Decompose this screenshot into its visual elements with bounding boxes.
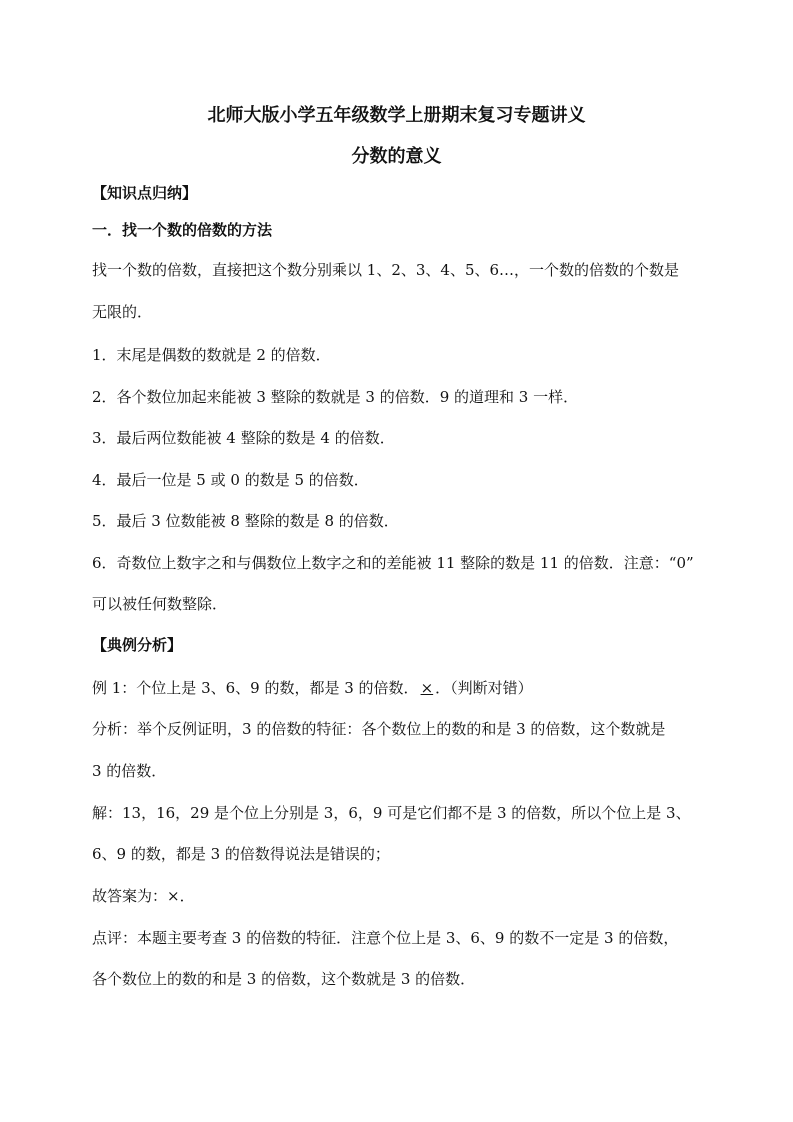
example-question-text: 例 1：个位上是 3、6、9 的数，都是 3 的倍数． xyxy=(92,679,419,697)
rule-item: 6．奇数位上数字之和与偶数位上数字之和的差能被 11 整除的数是 11 的倍数．… xyxy=(92,553,694,573)
comment-line: 各个数位上的数的和是 3 的倍数，这个数就是 3 的倍数． xyxy=(92,969,475,989)
rule-item: 2．各个数位加起来能被 3 整除的数就是 3 的倍数．9 的道理和 3 一样． xyxy=(92,387,578,407)
example-answer-blank: × xyxy=(419,679,436,697)
rule-item: 1．末尾是偶数的数就是 2 的倍数． xyxy=(92,345,331,365)
rule-item: 4．最后一位是 5 或 0 的数是 5 的倍数． xyxy=(92,470,369,490)
section-heading-find-multiples: 一．找一个数的倍数的方法 xyxy=(92,220,272,240)
comment-line: 点评：本题主要考查 3 的倍数的特征．注意个位上是 3、6、9 的数不一定是 3… xyxy=(92,928,678,948)
intro-line: 找一个数的倍数，直接把这个数分别乘以 1、2、3、4、5、6…，一个数的倍数的个… xyxy=(92,260,679,280)
answer-line: 故答案为：×． xyxy=(92,886,195,906)
document-title: 北师大版小学五年级数学上册期末复习专题讲义 xyxy=(0,104,793,128)
rule-item-continuation: 可以被任何数整除． xyxy=(92,594,227,614)
section-label-knowledge: 【知识点归纳】 xyxy=(92,183,197,203)
rule-item: 5．最后 3 位数能被 8 整除的数是 8 的倍数． xyxy=(92,511,399,531)
example-question-suffix: ．（判断对错） xyxy=(435,679,533,697)
rule-item: 3．最后两位数能被 4 整除的数是 4 的倍数． xyxy=(92,428,395,448)
section-label-example: 【典例分析】 xyxy=(92,635,182,655)
intro-line: 无限的． xyxy=(92,302,152,322)
analysis-line: 3 的倍数． xyxy=(92,761,166,781)
example-question: 例 1：个位上是 3、6、9 的数，都是 3 的倍数．×．（判断对错） xyxy=(92,678,533,698)
analysis-line: 分析：举个反例证明，3 的倍数的特征：各个数位上的数的和是 3 的倍数，这个数就… xyxy=(92,719,665,739)
solution-line: 解：13，16，29 是个位上分别是 3，6，9 可是它们都不是 3 的倍数，所… xyxy=(92,803,691,823)
document-subtitle: 分数的意义 xyxy=(0,145,793,169)
solution-line: 6、9 的数，都是 3 的倍数得说法是错误的； xyxy=(92,844,390,864)
